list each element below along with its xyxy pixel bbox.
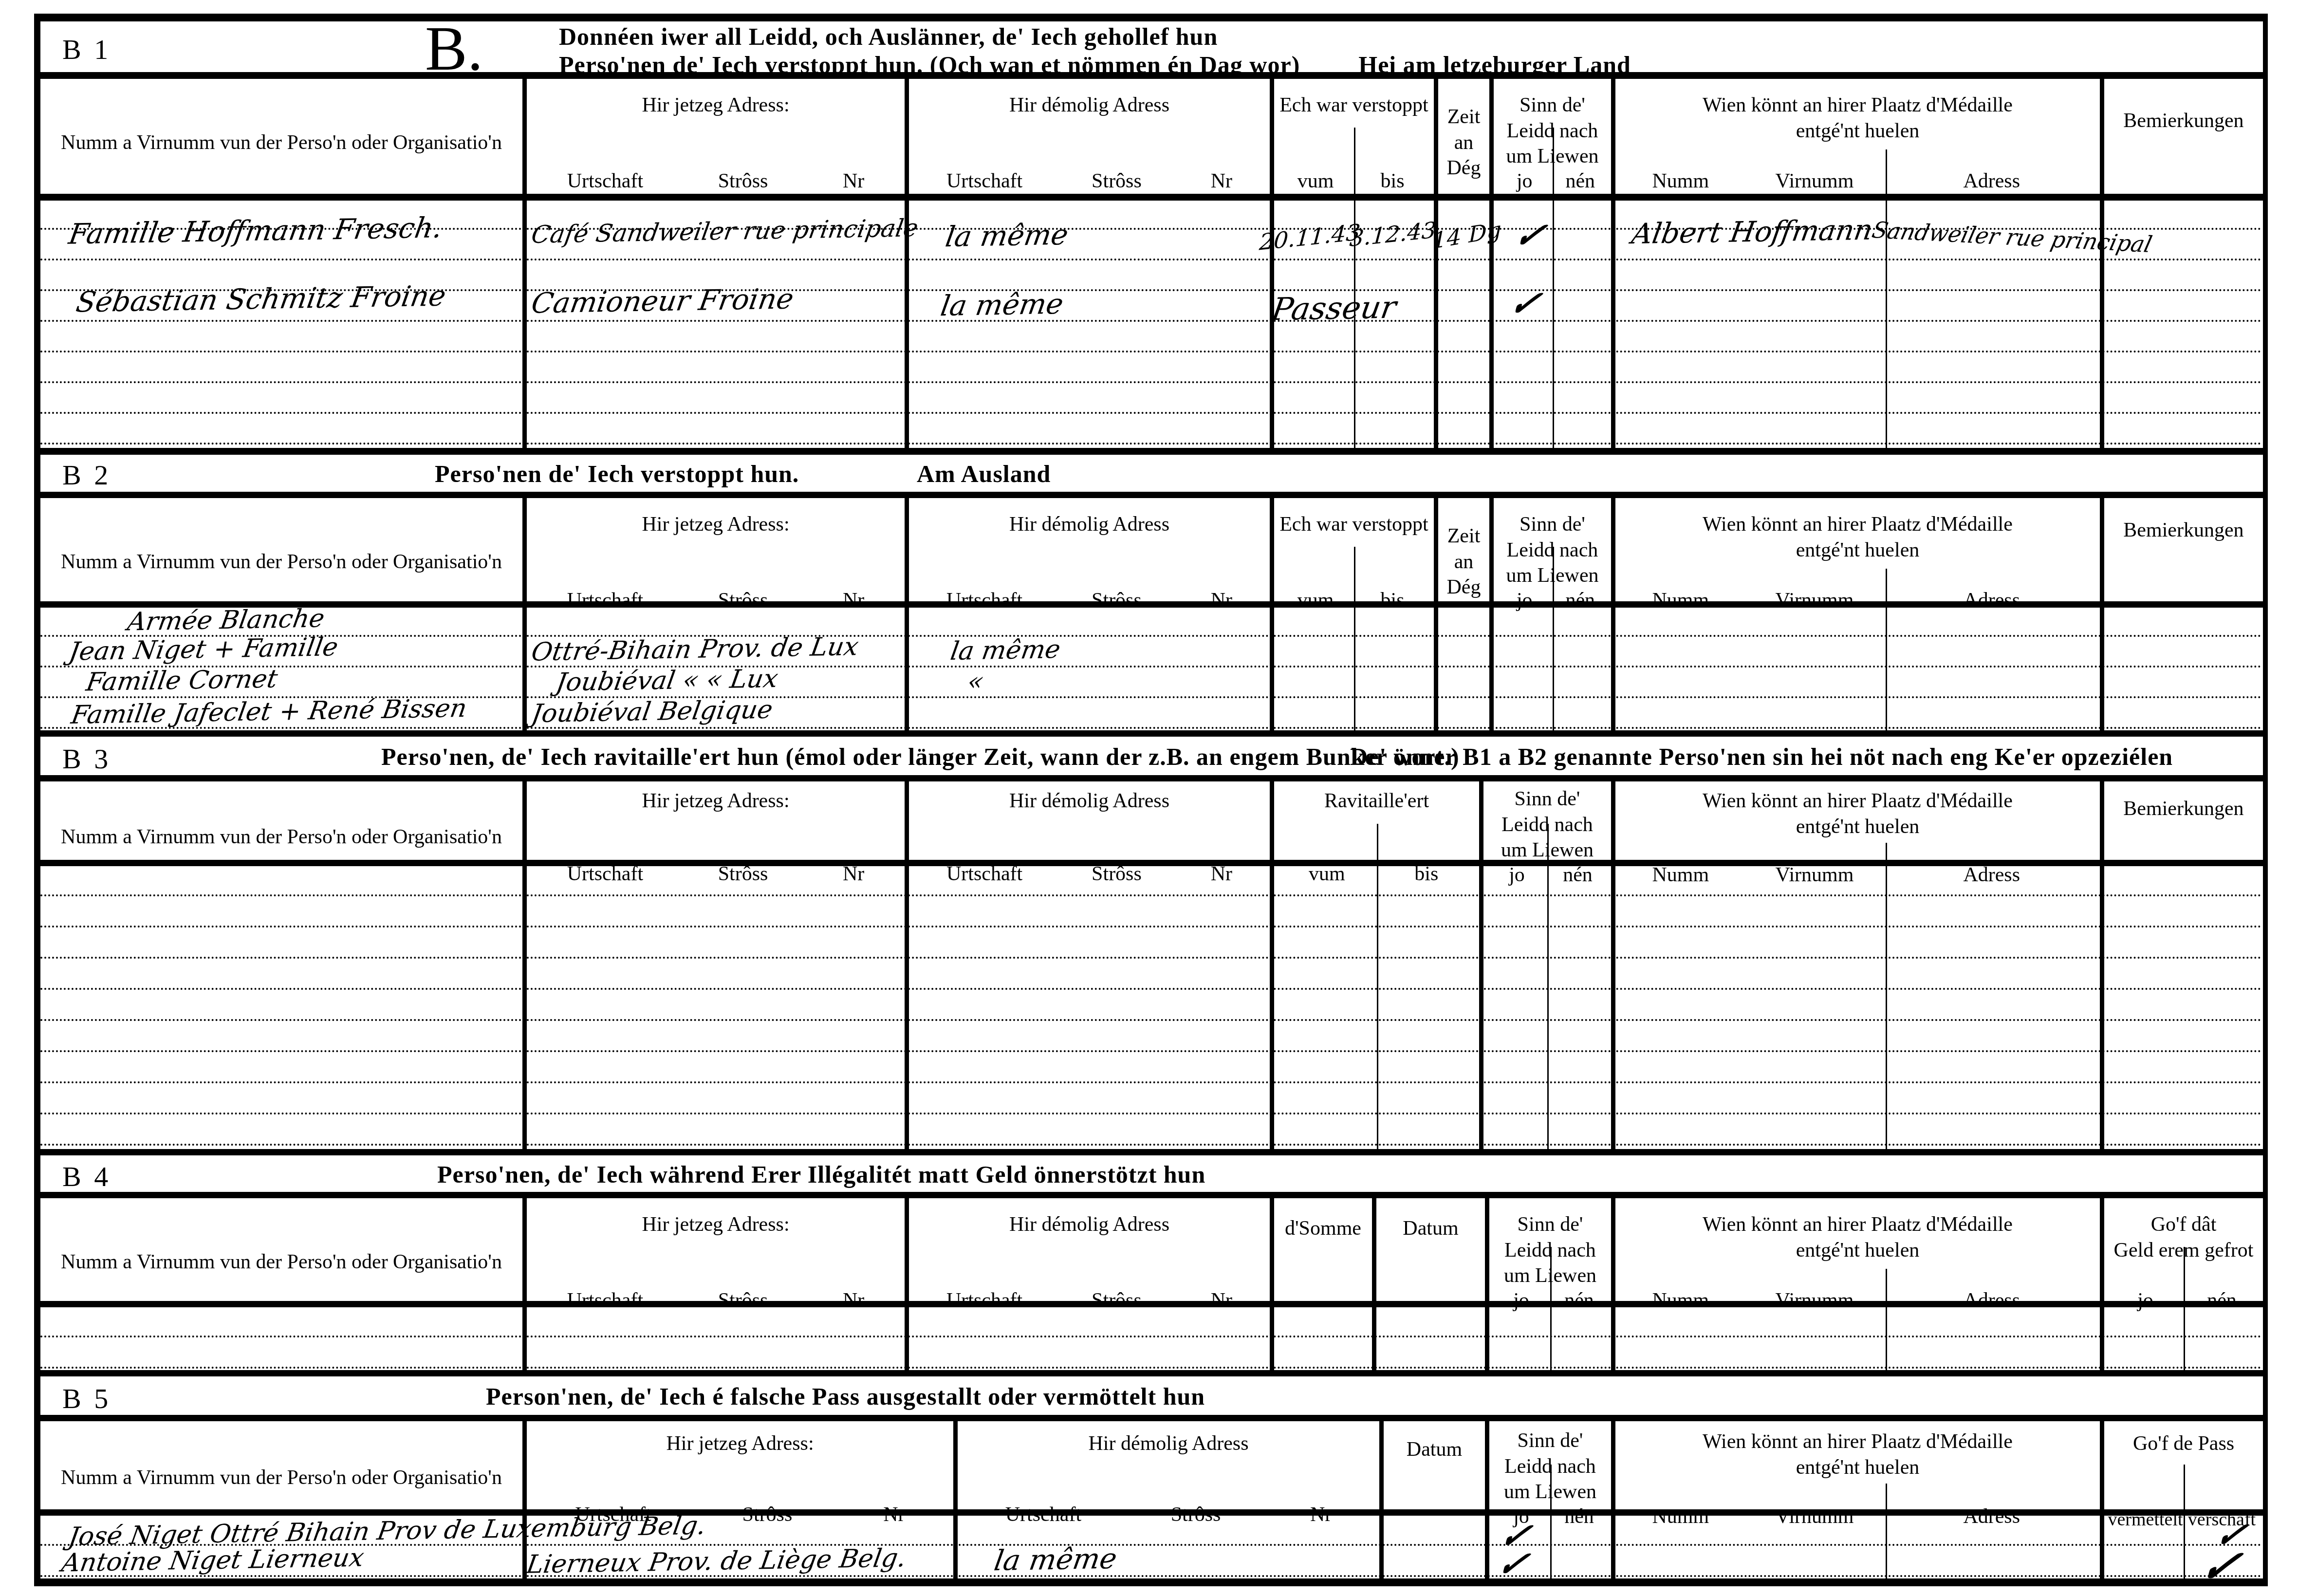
b3-col-name: Numm a Virnumm vun der Perso'n oder Orga…	[61, 824, 502, 850]
b3-section-label: B 3	[62, 742, 111, 775]
b3-col-demolig: Hir démolig Adress	[1009, 788, 1169, 814]
b3-col-bemierkungen: Bemierkungen	[2123, 796, 2243, 822]
b1-entry-vumbis-2: Passeur	[1269, 290, 1399, 328]
b1-entry-demolig-2: la même	[938, 287, 1066, 322]
b5-col-name: Numm a Virnumm vun der Perso'n oder Orga…	[61, 1465, 502, 1491]
b5-top-rule	[34, 1370, 2268, 1376]
b4-col-jetzeg: Hir jetzeg Adress:	[642, 1212, 789, 1238]
b3-col-jetzeg: Hir jetzeg Adress:	[642, 788, 789, 814]
page-bottom-rule	[34, 1578, 2268, 1586]
b3-title-band: B 3 Perso'nen, de' Iech ravitaille'ert h…	[40, 737, 2263, 775]
b4-col-demolig: Hir démolig Adress	[1009, 1212, 1169, 1238]
b1-col-sinn: Sinn de' Leidd nach um Liewen	[1506, 93, 1598, 169]
b3-col-sinn: Sinn de' Leidd nach um Liewen	[1501, 786, 1594, 863]
b3-header-bottom-rule	[34, 860, 2268, 866]
b2-col-name: Numm a Virnumm vun der Perso'n oder Orga…	[61, 549, 502, 575]
b1-verstoppt-bis: bis	[1354, 169, 1431, 193]
table-left-border	[34, 14, 40, 1586]
b2-col-demolig: Hir démolig Adress	[1009, 512, 1169, 538]
b5-body: José Niget Ottré Bihain Prov de Luxembur…	[40, 1516, 2263, 1578]
b3-title: Perso'nen, de' Iech ravitaille'ert hun (…	[381, 742, 1460, 771]
b4-title-bottom-rule	[34, 1192, 2268, 1198]
b4-col-name: Numm a Virnumm vun der Perso'n oder Orga…	[61, 1249, 502, 1275]
b5-col-demolig: Hir démolig Adress	[1089, 1431, 1249, 1457]
b2-header: Numm a Virnumm vun der Perso'n oder Orga…	[40, 498, 2263, 601]
b1-col-verstoppt: Ech war verstoppt	[1279, 93, 1428, 118]
b4-col-sinn: Sinn de' Leidd nach um Liewen	[1504, 1212, 1596, 1289]
b2-entry-jetzeg-2: Ottré-Bihain Prov. de Lux	[529, 632, 860, 667]
b1-jetzeg-urtschaft: Urtschaft	[567, 169, 643, 193]
b1-col-bemierkungen: Bemierkungen	[2123, 108, 2243, 134]
b2-col-verstoppt: Ech war verstoppt	[1279, 512, 1428, 538]
b5-col-wien: Wien könnt an hirer Plaatz d'Médaille en…	[1703, 1429, 2013, 1480]
b2-entry-name-2: Jean Niget + Famille	[67, 632, 340, 667]
b1-entry-wien-name-1: Albert Hoffmann	[1630, 213, 1875, 251]
b1-demolig-nr: Nr	[1211, 169, 1232, 193]
b2-col-zeit: Zeit an Dég	[1447, 523, 1481, 600]
b1-demolig-stross: Strôss	[1092, 169, 1142, 193]
b2-section-label: B 2	[62, 459, 111, 491]
b4-col-wien: Wien könnt an hirer Plaatz d'Médaille en…	[1703, 1212, 2013, 1263]
b5-col-datum: Datum	[1407, 1437, 1462, 1463]
b2-header-bottom-rule	[34, 601, 2268, 608]
b5-title: Person'nen, de' Iech é falsche Pass ausg…	[486, 1382, 1205, 1410]
b5-col-jetzeg: Hir jetzeg Adress:	[666, 1431, 814, 1457]
b1-section-label: B 1	[62, 33, 111, 66]
b5-section-label: B 5	[62, 1382, 111, 1415]
b1-wien-numm: Numm	[1618, 169, 1743, 193]
table-right-border	[2263, 14, 2268, 1586]
b5-header-bottom-rule	[34, 1509, 2268, 1516]
b2-col-bemierkungen: Bemierkungen	[2123, 518, 2243, 543]
b1-jetzeg-nr: Nr	[843, 169, 864, 193]
b4-section-label: B 4	[62, 1160, 111, 1193]
b5-entry-name-2: Antoine Niget Lierneux	[59, 1543, 366, 1578]
b3-body	[40, 866, 2263, 1149]
b2-entry-demolig-2: la même	[948, 635, 1063, 666]
b2-title-suffix: Am Ausland	[917, 460, 1051, 488]
b1-sinn-jo: jo	[1497, 169, 1553, 193]
b4-header-bottom-rule	[34, 1301, 2268, 1307]
b2-entry-jetzeg-3: Joubiéval « « Lux	[554, 664, 780, 697]
b2-body: Armée Blanche Jean Niget + Famille Ottré…	[40, 608, 2263, 730]
b3-top-rule	[34, 730, 2268, 737]
b1-col-wien: Wien könnt an hirer Plaatz d'Médaille en…	[1703, 93, 2013, 144]
b1-title-line1: Donnéen iwer all Leidd, och Auslänner, d…	[559, 22, 1631, 51]
b1-letter-B: B.	[425, 23, 483, 74]
b2-title-band: B 2 Perso'nen de' Iech verstoppt hun. Am…	[40, 455, 2263, 492]
b2-col-jetzeg: Hir jetzeg Adress:	[642, 512, 789, 538]
b1-col-jetzeg: Hir jetzeg Adress:	[642, 93, 789, 118]
b1-title-band: B 1 B. Donnéen iwer all Leidd, och Auslä…	[40, 21, 2263, 72]
b1-entry-demolig-1: la même	[943, 218, 1071, 253]
b1-wien-adress: Adress	[1886, 169, 2097, 193]
b5-header: Numm a Virnumm vun der Perso'n oder Orga…	[40, 1421, 2263, 1509]
b1-demolig-urtschaft: Urtschaft	[946, 169, 1022, 193]
b4-header: Numm a Virnumm vun der Perso'n oder Orga…	[40, 1198, 2263, 1301]
b3-header: Numm a Virnumm vun der Perso'n oder Orga…	[40, 781, 2263, 860]
b1-entry-name-1: Famille Hoffmann Fresch.	[66, 211, 445, 250]
b1-col-zeit: Zeit an Dég	[1447, 104, 1481, 181]
b1-col-demolig: Hir démolig Adress	[1009, 93, 1169, 118]
b1-title-bottom-rule	[34, 72, 2268, 79]
b2-title: Perso'nen de' Iech verstoppt hun.	[435, 460, 799, 488]
b3-title-note: De' önner B1 a B2 genannte Perso'nen sin…	[1350, 742, 2173, 771]
b2-col-sinn: Sinn de' Leidd nach um Liewen	[1506, 512, 1598, 589]
b5-col-sinn: Sinn de' Leidd nach um Liewen	[1504, 1428, 1596, 1505]
b1-entry-name-2: Sébastian Schmitz Froine	[74, 279, 448, 318]
b1-sinn-nen: nén	[1553, 169, 1609, 193]
b2-col-wien: Wien könnt an hirer Plaatz d'Médaille en…	[1703, 512, 2013, 563]
b4-col-datum: Datum	[1403, 1216, 1458, 1242]
b5-col-gof-pass: Go'f de Pass	[2133, 1431, 2234, 1457]
b5-title-band: B 5 Person'nen, de' Iech é falsche Pass …	[40, 1376, 2263, 1415]
b5-entry-demolig-2: la même	[992, 1542, 1119, 1577]
b1-header-bottom-rule	[34, 194, 2268, 201]
b4-body	[40, 1307, 2263, 1370]
b1-top-rule	[34, 14, 2268, 21]
b1-verstoppt-vum: vum	[1277, 169, 1354, 193]
b2-entry-name-3: Famille Cornet	[84, 665, 280, 697]
b1-wien-virnumm: Virnumm	[1743, 169, 1887, 193]
b1-header: Numm a Virnumm vun der Perso'n oder Orga…	[40, 79, 2263, 194]
b1-col-name: Numm a Virnumm vun der Perso'n oder Orga…	[61, 130, 502, 156]
b1-jetzeg-stross: Strôss	[718, 169, 768, 193]
b4-col-gof-geld: Go'f dât Geld erem gefrot	[2114, 1212, 2254, 1263]
b1-entry-jetzeg-2: Camioneur Froine	[529, 282, 796, 319]
b4-top-rule	[34, 1149, 2268, 1155]
b4-col-somme: d'Somme	[1285, 1216, 1361, 1242]
b2-title-bottom-rule	[34, 492, 2268, 498]
scanned-form-page: B 1 B. Donnéen iwer all Leidd, och Auslä…	[0, 0, 2298, 1596]
b2-entry-jetzeg-4: Joubiéval Belgique	[530, 695, 775, 729]
b1-body: Famille Hoffmann Fresch. Café Sandweiler…	[40, 201, 2263, 448]
b2-top-rule	[34, 448, 2268, 455]
b3-col-ravitailleert: Ravitaille'ert	[1324, 788, 1429, 814]
b5-title-bottom-rule	[34, 1415, 2268, 1421]
b3-col-wien: Wien könnt an hirer Plaatz d'Médaille en…	[1703, 788, 2013, 839]
b4-title: Perso'nen, de' Iech während Erer Illégal…	[437, 1160, 1205, 1188]
b3-title-bottom-rule	[34, 775, 2268, 781]
b2-entry-name-1: Armée Blanche	[126, 604, 327, 636]
b4-title-band: B 4 Perso'nen, de' Iech während Erer Ill…	[40, 1155, 2263, 1192]
